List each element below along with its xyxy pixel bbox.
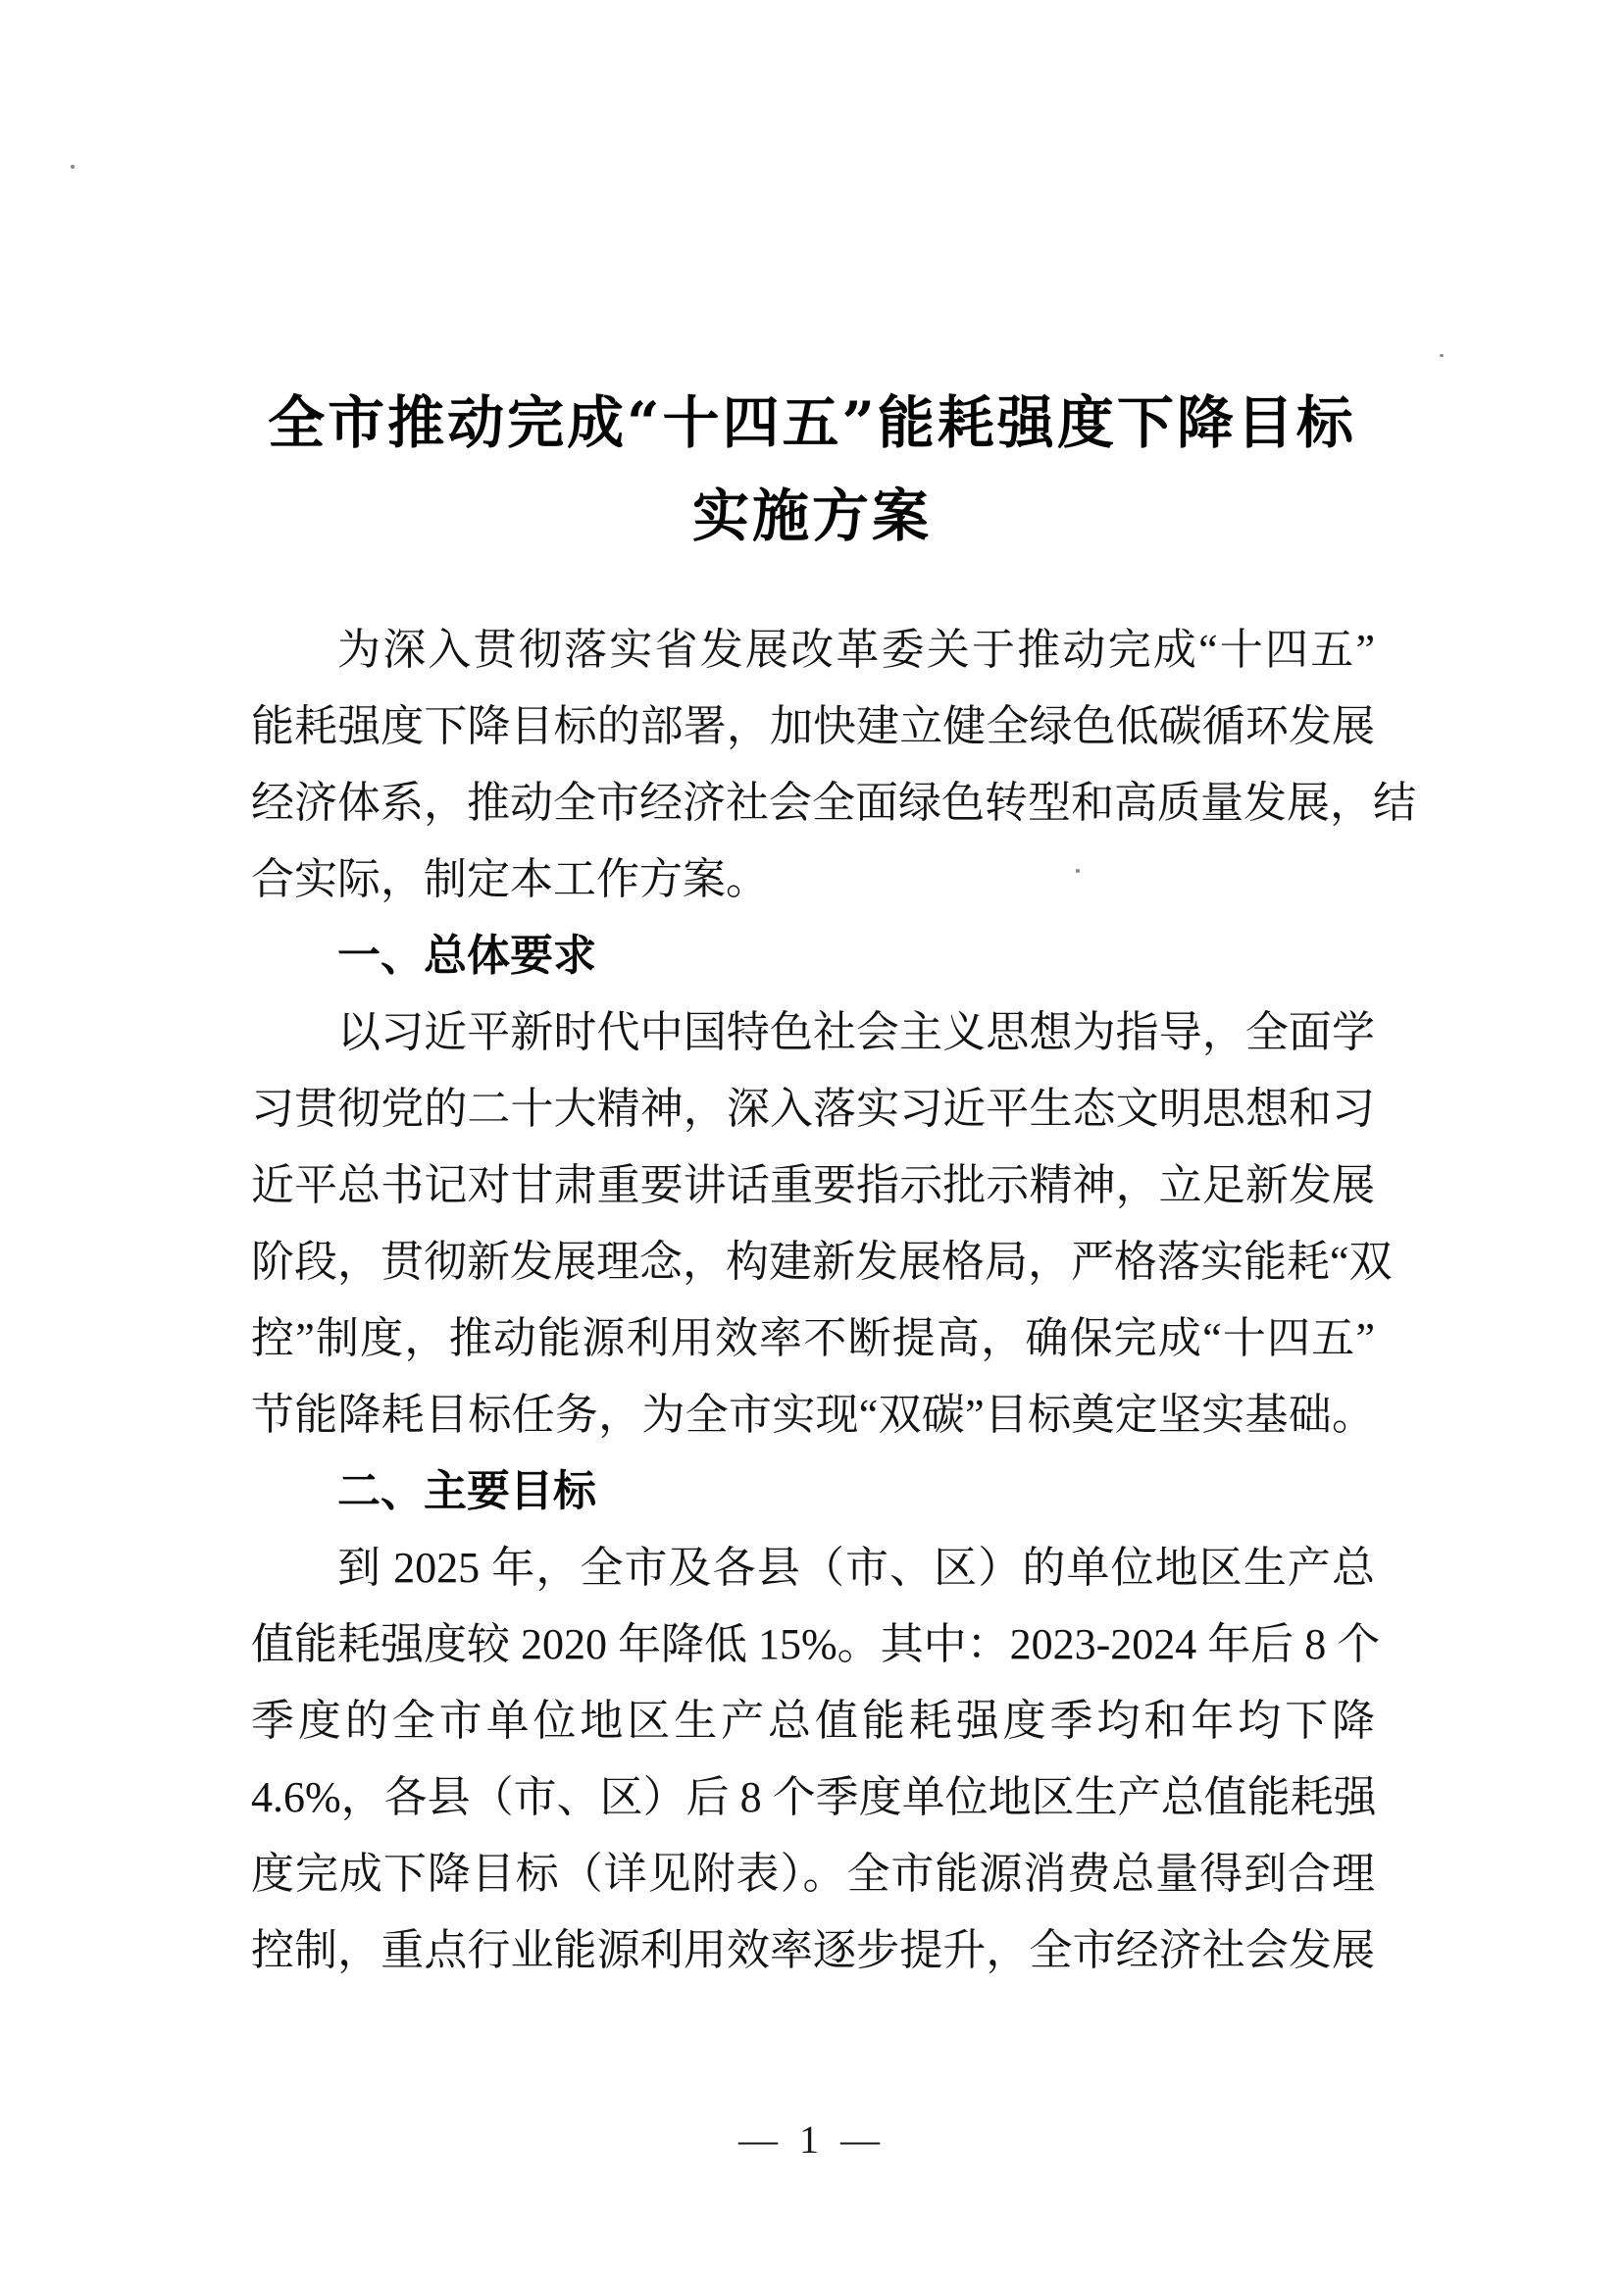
section-heading-1: 一、总体要求: [251, 918, 1375, 994]
paragraph-line: 能耗强度下降目标的部署，加快建立健全绿色低碳循环发展: [251, 688, 1375, 765]
paragraph-line: 阶段，贯彻新发展理念，构建新发展格局，严格落实能耗“双: [251, 1224, 1375, 1300]
paragraph-line: 节能降耗目标任务，为全市实现“双碳”目标奠定坚实基础。: [251, 1377, 1375, 1453]
document-body: 为深入贯彻落实省发展改革委关于推动完成“十四五” 能耗强度下降目标的部署，加快建…: [251, 612, 1375, 1989]
paragraph-line: 以习近平新时代中国特色社会主义思想为指导，全面学: [251, 994, 1375, 1071]
document-title-line-1: 全市推动完成“十四五”能耗强度下降目标: [0, 377, 1624, 470]
scan-speck: [1076, 869, 1080, 873]
paragraph-line: 合实际，制定本工作方案。: [251, 841, 1375, 918]
paragraph-line: 4.6%，各县（市、区）后 8 个季度单位地区生产总值能耗强: [251, 1759, 1375, 1836]
document-title: 全市推动完成“十四五”能耗强度下降目标 实施方案: [0, 0, 1624, 563]
page-number: — 1 —: [0, 2116, 1624, 2163]
paragraph-line: 到 2025 年，全市及各县（市、区）的单位地区生产总: [251, 1530, 1375, 1606]
paragraph-line: 习贯彻党的二十大精神，深入落实习近平生态文明思想和习: [251, 1071, 1375, 1147]
scan-speck: [71, 165, 75, 169]
paragraph-line: 近平总书记对甘肃重要讲话重要指示批示精神，立足新发展: [251, 1147, 1375, 1224]
scanned-document-page: 全市推动完成“十四五”能耗强度下降目标 实施方案 为深入贯彻落实省发展改革委关于…: [0, 0, 1624, 2293]
document-title-line-2: 实施方案: [0, 470, 1624, 563]
paragraph-line: 为深入贯彻落实省发展改革委关于推动完成“十四五”: [251, 612, 1375, 688]
section-heading-2: 二、主要目标: [251, 1453, 1375, 1530]
scan-speck: [1440, 354, 1444, 357]
paragraph-line: 控制，重点行业能源利用效率逐步提升，全市经济社会发展: [251, 1912, 1375, 1989]
paragraph-line: 季度的全市单位地区生产总值能耗强度季均和年均下降: [251, 1683, 1375, 1759]
paragraph-line: 经济体系，推动全市经济社会全面绿色转型和高质量发展，结: [251, 765, 1375, 841]
paragraph-line: 度完成下降目标（详见附表）。全市能源消费总量得到合理: [251, 1836, 1375, 1912]
paragraph-line: 值能耗强度较 2020 年降低 15%。其中：2023-2024 年后 8 个: [251, 1606, 1375, 1683]
paragraph-line: 控”制度，推动能源利用效率不断提高，确保完成“十四五”: [251, 1300, 1375, 1377]
